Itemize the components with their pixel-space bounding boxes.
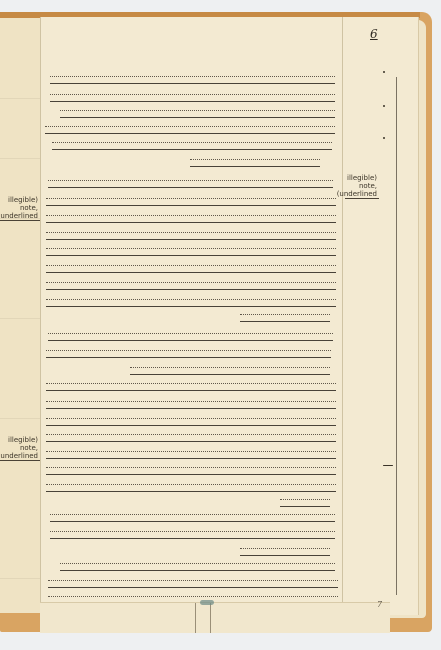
ink-blot: [200, 600, 214, 605]
left-margin-note-1: (illegible note, underlined): [0, 196, 40, 221]
right-margin-note: (illegible note, underlined): [345, 174, 379, 199]
bottom-page-strip: [40, 602, 390, 633]
manuscript-page: 6 (illegible note, underlined): [40, 17, 418, 615]
manuscript-scan: (illegible note, underlined) (illegible …: [0, 0, 441, 650]
left-page-stub: (illegible note, underlined) (illegible …: [0, 18, 41, 613]
page-number: 6: [370, 27, 378, 41]
left-margin-note-2: (illegible note, underlined): [0, 436, 40, 461]
footer-mark: 7: [377, 600, 382, 609]
